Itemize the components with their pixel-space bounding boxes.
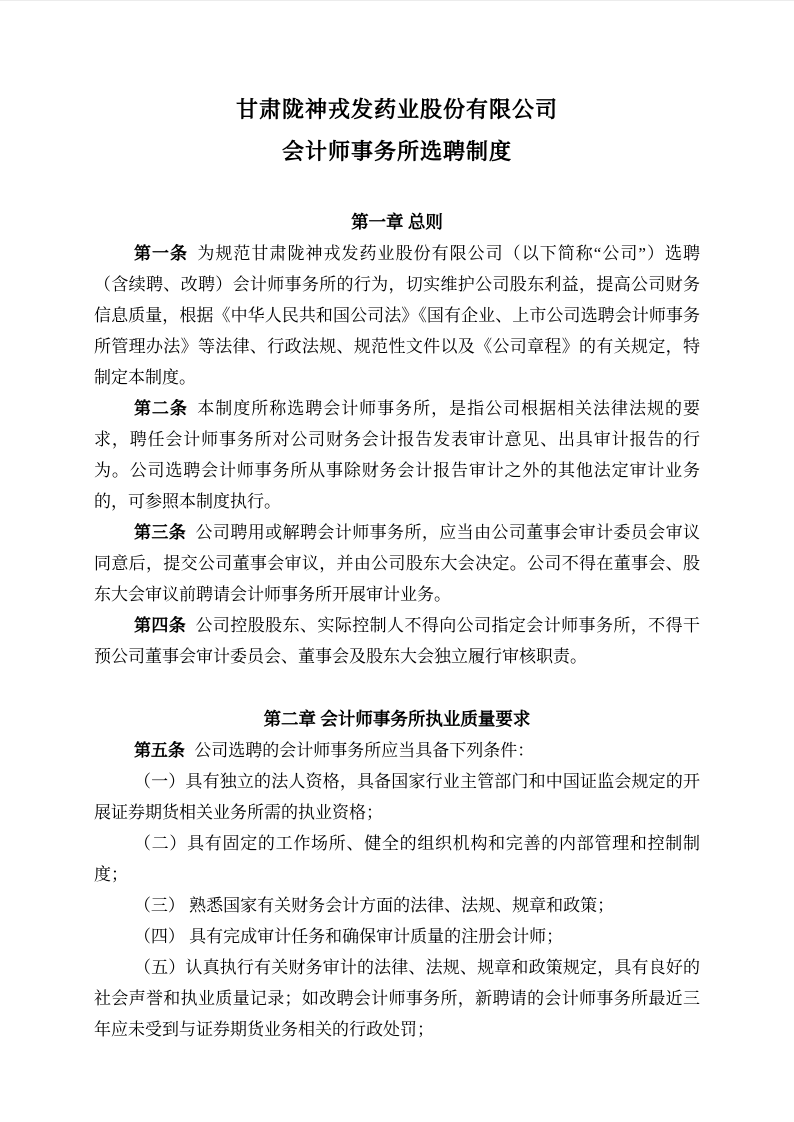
article-number: 第三条 [134, 523, 186, 542]
article-number: 第二条 [134, 399, 188, 418]
article-number: 第四条 [134, 616, 186, 635]
article-paragraph: 第二条本制度所称选聘会计师事务所，是指公司根据相关法律法规的要求，聘任会计师事务… [94, 393, 700, 517]
chapter-1-heading: 第一章 总则 [94, 207, 700, 238]
article-text: 公司选聘的会计师事务所应当具备下列条件： [194, 741, 534, 760]
article-paragraph: 第三条公司聘用或解聘会计师事务所，应当由公司董事会审计委员会审议同意后，提交公司… [94, 517, 700, 610]
chapter-2-heading: 第二章 会计师事务所执业质量要求 [94, 704, 700, 735]
document-content: 甘肃陇神戎发药业股份有限公司 会计师事务所选聘制度 第一章 总则 第一条为规范甘… [94, 1, 700, 1045]
article-paragraph: 第一条为规范甘肃陇神戎发药业股份有限公司（以下简称“公司”）选聘（含续聘、改聘）… [94, 238, 700, 393]
document-page: 甘肃陇神戎发药业股份有限公司 会计师事务所选聘制度 第一章 总则 第一条为规范甘… [0, 0, 794, 1122]
doc-title-line-1: 甘肃陇神戎发药业股份有限公司 [94, 89, 700, 131]
article-number: 第五条 [134, 741, 185, 760]
list-item-paragraph: （一）具有独立的法人资格，具备国家行业主管部门和中国证监会规定的开展证券期货相关… [94, 766, 700, 828]
list-item-paragraph: （三） 熟悉国家有关财务会计方面的法律、法规、规章和政策； [94, 890, 700, 921]
list-item-paragraph: （四） 具有完成审计任务和确保审计质量的注册会计师； [94, 921, 700, 952]
article-paragraph: 第四条公司控股股东、实际控制人不得向公司指定会计师事务所，不得干预公司董事会审计… [94, 610, 700, 672]
doc-title-line-2: 会计师事务所选聘制度 [94, 131, 700, 173]
article-number: 第一条 [134, 244, 188, 263]
article-paragraph: 第五条公司选聘的会计师事务所应当具备下列条件： [94, 735, 700, 766]
list-item-paragraph: （二）具有固定的工作场所、健全的组织机构和完善的内部管理和控制制度； [94, 828, 700, 890]
list-item-paragraph: （五）认真执行有关财务审计的法律、法规、规章和政策规定，具有良好的社会声誉和执业… [94, 952, 700, 1045]
article-text: 为规范甘肃陇神戎发药业股份有限公司（以下简称“公司”）选聘（含续聘、改聘）会计师… [94, 244, 700, 387]
